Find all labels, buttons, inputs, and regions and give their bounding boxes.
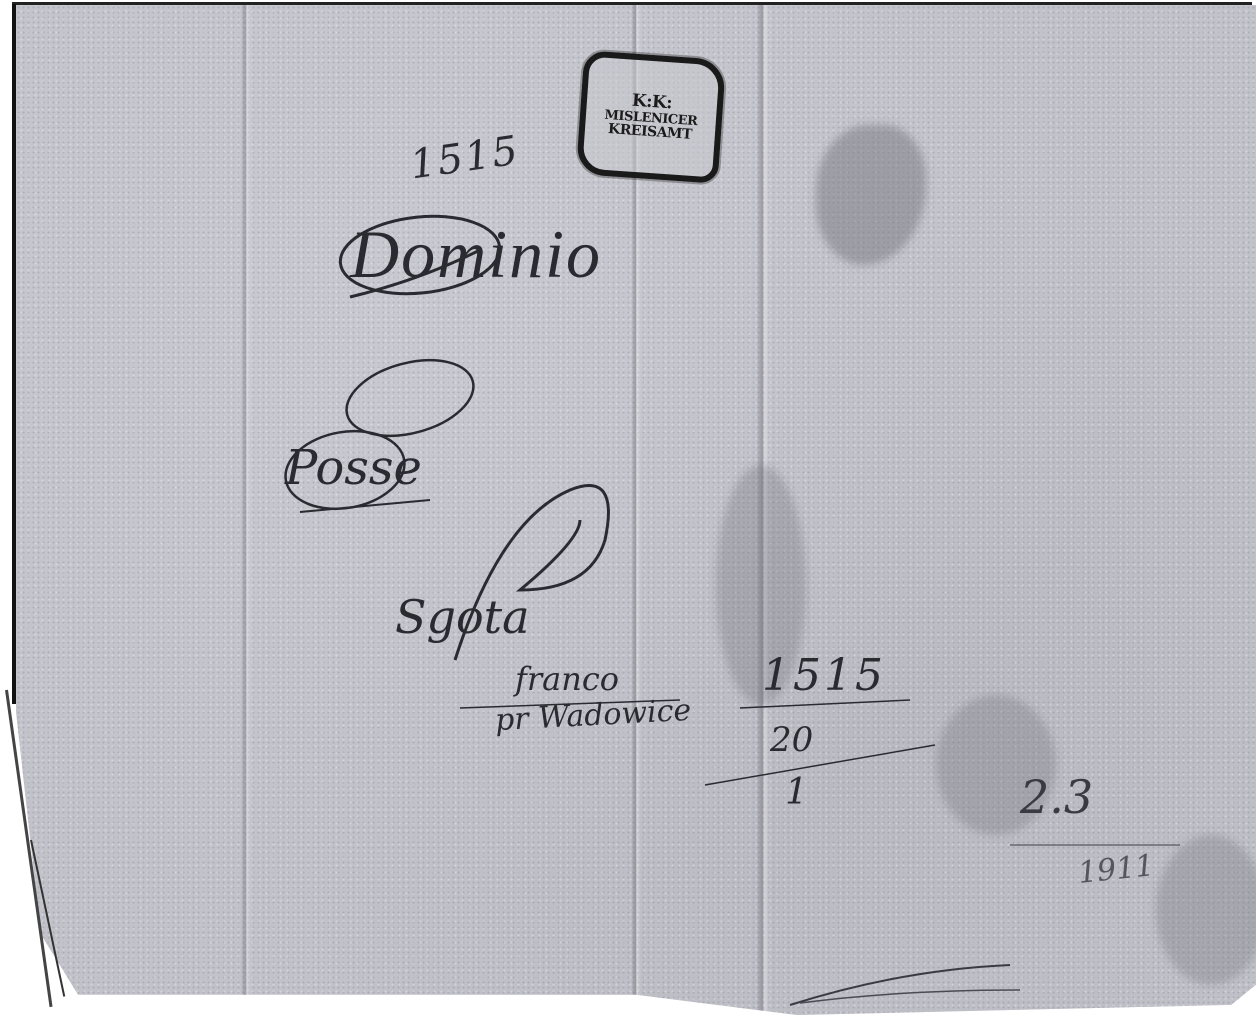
corner-note: 2.3 [1020, 770, 1093, 824]
address-sgota: Sgota [395, 590, 530, 644]
postal-note-franco: franco [515, 660, 619, 698]
ledger-number: 1515 [762, 650, 886, 701]
address-dominio: Dominio [350, 215, 602, 294]
ledger-value: 20 [770, 720, 813, 760]
stamp-text-line3: KREISAMT [608, 122, 693, 143]
fold-line [241, 5, 251, 1015]
ledger-count: 1 [785, 772, 808, 813]
scan-edge-top [12, 2, 1252, 5]
scan-edge-left [12, 4, 16, 704]
address-posse: Posse [285, 440, 422, 496]
postal-stamp: K:K: MISLENICER KREISAMT [576, 50, 726, 184]
water-stain [1156, 835, 1258, 985]
